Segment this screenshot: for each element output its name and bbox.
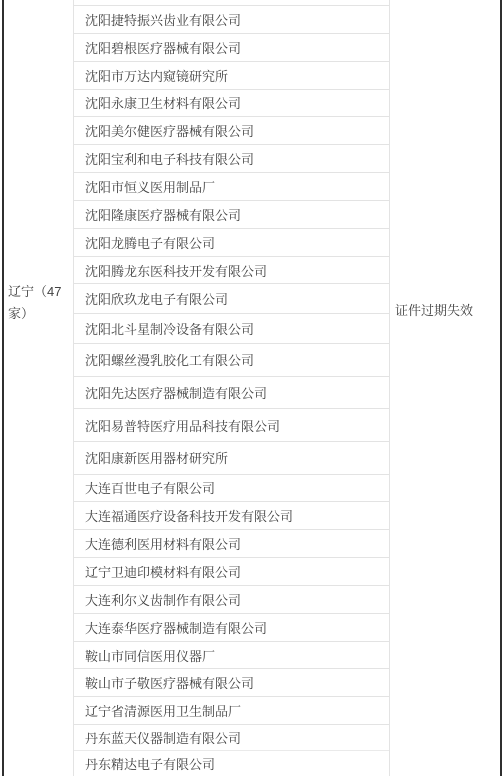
company-name: 沈阳北斗星制冷设备有限公司 xyxy=(85,319,254,338)
table-row: 大连百世电子有限公司 xyxy=(74,475,389,503)
company-name: 大连利尔义齿制作有限公司 xyxy=(85,590,241,609)
table-row: 大连德利医用材料有限公司 xyxy=(74,530,389,558)
company-name: 沈阳市万达内窥镜研究所 xyxy=(85,66,228,85)
company-name: 辽宁省清源医用卫生制品厂 xyxy=(85,701,241,720)
table-outer-border-left xyxy=(2,0,4,776)
company-name: 丹东精达电子有限公司 xyxy=(85,754,215,773)
company-name: 沈阳欣玖龙电子有限公司 xyxy=(85,289,228,308)
company-name: 鞍山市同信医用仪器厂 xyxy=(85,646,215,665)
company-name: 沈阳永康卫生材料有限公司 xyxy=(85,93,241,112)
company-name: 大连百世电子有限公司 xyxy=(85,478,215,497)
table-row: 沈阳美尔健医疗器械有限公司 xyxy=(74,117,389,145)
table-row: 沈阳欣玖龙电子有限公司 xyxy=(74,284,389,314)
status-column-divider xyxy=(389,0,390,776)
company-name: 鞍山市子敬医疗器械有限公司 xyxy=(85,673,254,692)
company-name: 沈阳捷特振兴齿业有限公司 xyxy=(85,10,241,29)
status-label: 证件过期失效 xyxy=(395,303,473,318)
company-list: 沈阳捷特振兴齿业有限公司 沈阳碧根医疗器械有限公司 沈阳市万达内窥镜研究所 沈阳… xyxy=(74,0,389,776)
company-name: 沈阳碧根医疗器械有限公司 xyxy=(85,38,241,57)
company-name: 沈阳易普特医疗用品科技有限公司 xyxy=(85,416,280,435)
table-outer-border-right xyxy=(500,0,502,776)
table-row: 沈阳宝利和电子科技有限公司 xyxy=(74,145,389,173)
table-row: 丹东精达电子有限公司 xyxy=(74,751,389,776)
table-row: 沈阳市万达内窥镜研究所 xyxy=(74,62,389,90)
table-row: 辽宁省清源医用卫生制品厂 xyxy=(74,697,389,725)
table-row: 辽宁卫迪印模材料有限公司 xyxy=(74,558,389,586)
expired-certificates-table: 辽宁（47家） 沈阳捷特振兴齿业有限公司 沈阳碧根医疗器械有限公司 沈阳市万达内… xyxy=(0,0,504,776)
company-name: 沈阳康新医用器材研究所 xyxy=(85,448,228,467)
table-row: 鞍山市子敬医疗器械有限公司 xyxy=(74,669,389,697)
table-row: 大连利尔义齿制作有限公司 xyxy=(74,586,389,614)
table-row: 鞍山市同信医用仪器厂 xyxy=(74,642,389,670)
company-name: 沈阳宝利和电子科技有限公司 xyxy=(85,149,254,168)
table-row: 沈阳捷特振兴齿业有限公司 xyxy=(74,6,389,34)
company-name: 沈阳隆康医疗器械有限公司 xyxy=(85,205,241,224)
table-row: 沈阳康新医用器材研究所 xyxy=(74,442,389,475)
company-name: 辽宁卫迪印模材料有限公司 xyxy=(85,562,241,581)
company-name: 沈阳先达医疗器械制造有限公司 xyxy=(85,383,267,402)
table-row: 大连福通医疗设备科技开发有限公司 xyxy=(74,502,389,530)
table-row: 沈阳先达医疗器械制造有限公司 xyxy=(74,377,389,410)
company-name: 大连泰华医疗器械制造有限公司 xyxy=(85,618,267,637)
company-name: 沈阳腾龙东医科技开发有限公司 xyxy=(85,261,267,280)
table-row: 沈阳永康卫生材料有限公司 xyxy=(74,90,389,118)
company-name: 沈阳美尔健医疗器械有限公司 xyxy=(85,121,254,140)
table-row: 沈阳龙腾电子有限公司 xyxy=(74,229,389,257)
company-name: 沈阳市恒义医用制品厂 xyxy=(85,177,215,196)
table-row: 大连泰华医疗器械制造有限公司 xyxy=(74,614,389,642)
company-name: 沈阳龙腾电子有限公司 xyxy=(85,233,215,252)
table-row: 丹东蓝天仪器制造有限公司 xyxy=(74,725,389,751)
company-name: 大连福通医疗设备科技开发有限公司 xyxy=(85,506,293,525)
table-row: 沈阳碧根医疗器械有限公司 xyxy=(74,34,389,62)
table-row: 沈阳隆康医疗器械有限公司 xyxy=(74,201,389,229)
region-label: 辽宁（47家） xyxy=(8,281,66,325)
company-name: 沈阳螺丝漫乳胶化工有限公司 xyxy=(85,350,254,369)
table-row: 沈阳北斗星制冷设备有限公司 xyxy=(74,314,389,344)
company-name: 大连德利医用材料有限公司 xyxy=(85,534,241,553)
table-row: 沈阳市恒义医用制品厂 xyxy=(74,173,389,201)
table-row: 沈阳螺丝漫乳胶化工有限公司 xyxy=(74,344,389,377)
table-row: 沈阳腾龙东医科技开发有限公司 xyxy=(74,257,389,285)
company-name: 丹东蓝天仪器制造有限公司 xyxy=(85,728,241,747)
table-row: 沈阳易普特医疗用品科技有限公司 xyxy=(74,409,389,442)
